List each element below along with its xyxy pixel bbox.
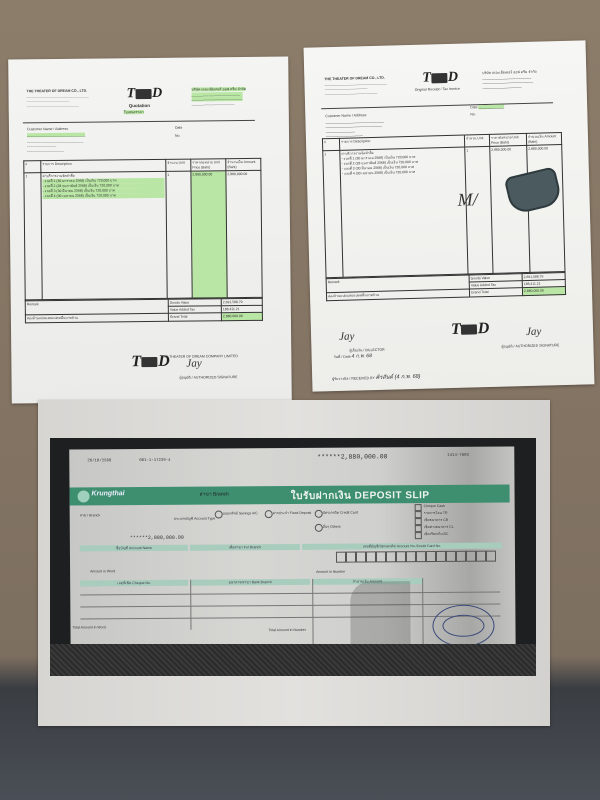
authorized-signature: Jay [526,326,542,338]
handwritten-signature: M/ [457,189,478,211]
footer-logo: TD [451,320,489,339]
printed-date: 26/10/2568 [87,459,111,463]
bank-header-band: Krungthai สาขา Branch ใบรับฝากเงิน DEPOS… [70,484,510,505]
no-label: No. [175,134,180,138]
totals-table: RemarkGoods Value2,691,588.79 Value Adde… [326,272,567,301]
printed-account-no: 061-1-17239-4 [139,459,170,463]
document-title-th: ใบเสนอราคา [124,110,144,115]
grand-total: 2,880,000.00 [221,312,262,320]
date-label: Date [175,126,182,130]
credit-card-radio[interactable] [315,510,323,518]
collector-signature: Jay [339,331,355,343]
savings-radio[interactable] [215,510,223,518]
signature: Jay [186,357,201,369]
company-logo: TD [422,70,457,87]
slip-title: ใบรับฝากเงิน DEPOSIT SLIP [291,488,430,504]
items-table: #รายการ Descriptionจำนวน Unitราคาต่อหน่ว… [23,158,262,300]
amount-words: สองล้านแปดแสนแปดหมื่นบาทถ้วน [25,313,168,322]
receipt-document: THE THEATER OF DREAM CO., LTD. _________… [304,40,595,391]
bank-name: Krungthai [92,490,125,497]
signature-label: ผู้อนุมัติ / AUTHORIZED SIGNATURE [180,375,238,380]
others-radio[interactable] [315,524,323,532]
table-row: 1 ค่าบริการงานจัดทำสื่อ - งวดที่ 1 (30 ม… [24,170,262,299]
table-texture [50,644,536,676]
amount-line: ******2,880,000.00 [130,535,184,541]
document-title: Quotation [129,104,150,109]
account-number-boxes [336,551,496,563]
document-title: Original Receipt / Tax Invoice [415,87,460,93]
customer-label: Customer Name / Address [27,127,68,132]
printed-amount: ******2,880,000.00 [317,453,387,460]
fixed-deposit-radio[interactable] [265,510,273,518]
deposit-slip-sheet: 26/10/2568 061-1-17239-4 ******2,880,000… [38,400,550,726]
deposit-slip-photocopy: 26/10/2568 061-1-17239-4 ******2,880,000… [50,438,536,674]
teller-code: 1414-7603 [447,454,469,458]
company-logo: TD [126,86,161,102]
krungthai-logo-icon [78,490,90,502]
shadow [350,581,410,651]
totals-table: RemarkGoods Value2,691,588.79 Value Adde… [25,298,263,323]
quotation-document: THE THEATER OF DREAM CO., LTD. _________… [8,57,292,404]
